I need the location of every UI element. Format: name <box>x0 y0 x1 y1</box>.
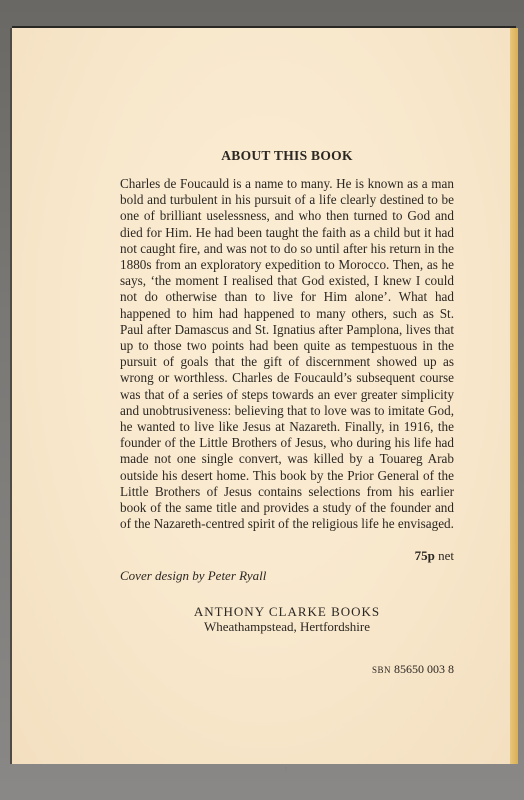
sbn-number: SBN 85650 003 8 <box>120 662 454 677</box>
publisher-name: ANTHONY CLARKE BOOKS <box>120 604 454 619</box>
price-label: 75p net <box>120 548 454 564</box>
cover-text: ABOUT THIS BOOK Charles de Foucauld is a… <box>120 148 454 677</box>
sbn-prefix: SBN <box>372 665 391 675</box>
price-amount: 75p <box>415 548 435 563</box>
book-description: Charles de Foucauld is a name to many. H… <box>120 176 454 532</box>
cover-design-credit: Cover design by Peter Ryall <box>120 568 454 584</box>
sbn-value: 85650 003 8 <box>394 662 454 676</box>
printer-mark: ⁝ <box>285 766 287 773</box>
book-back-cover: ABOUT THIS BOOK Charles de Foucauld is a… <box>12 28 516 764</box>
publisher-block: ANTHONY CLARKE BOOKS Wheathampstead, Her… <box>120 604 454 634</box>
publisher-location: Wheathampstead, Hertfordshire <box>120 619 454 634</box>
section-heading: ABOUT THIS BOOK <box>120 148 454 164</box>
price-suffix: net <box>438 548 454 563</box>
